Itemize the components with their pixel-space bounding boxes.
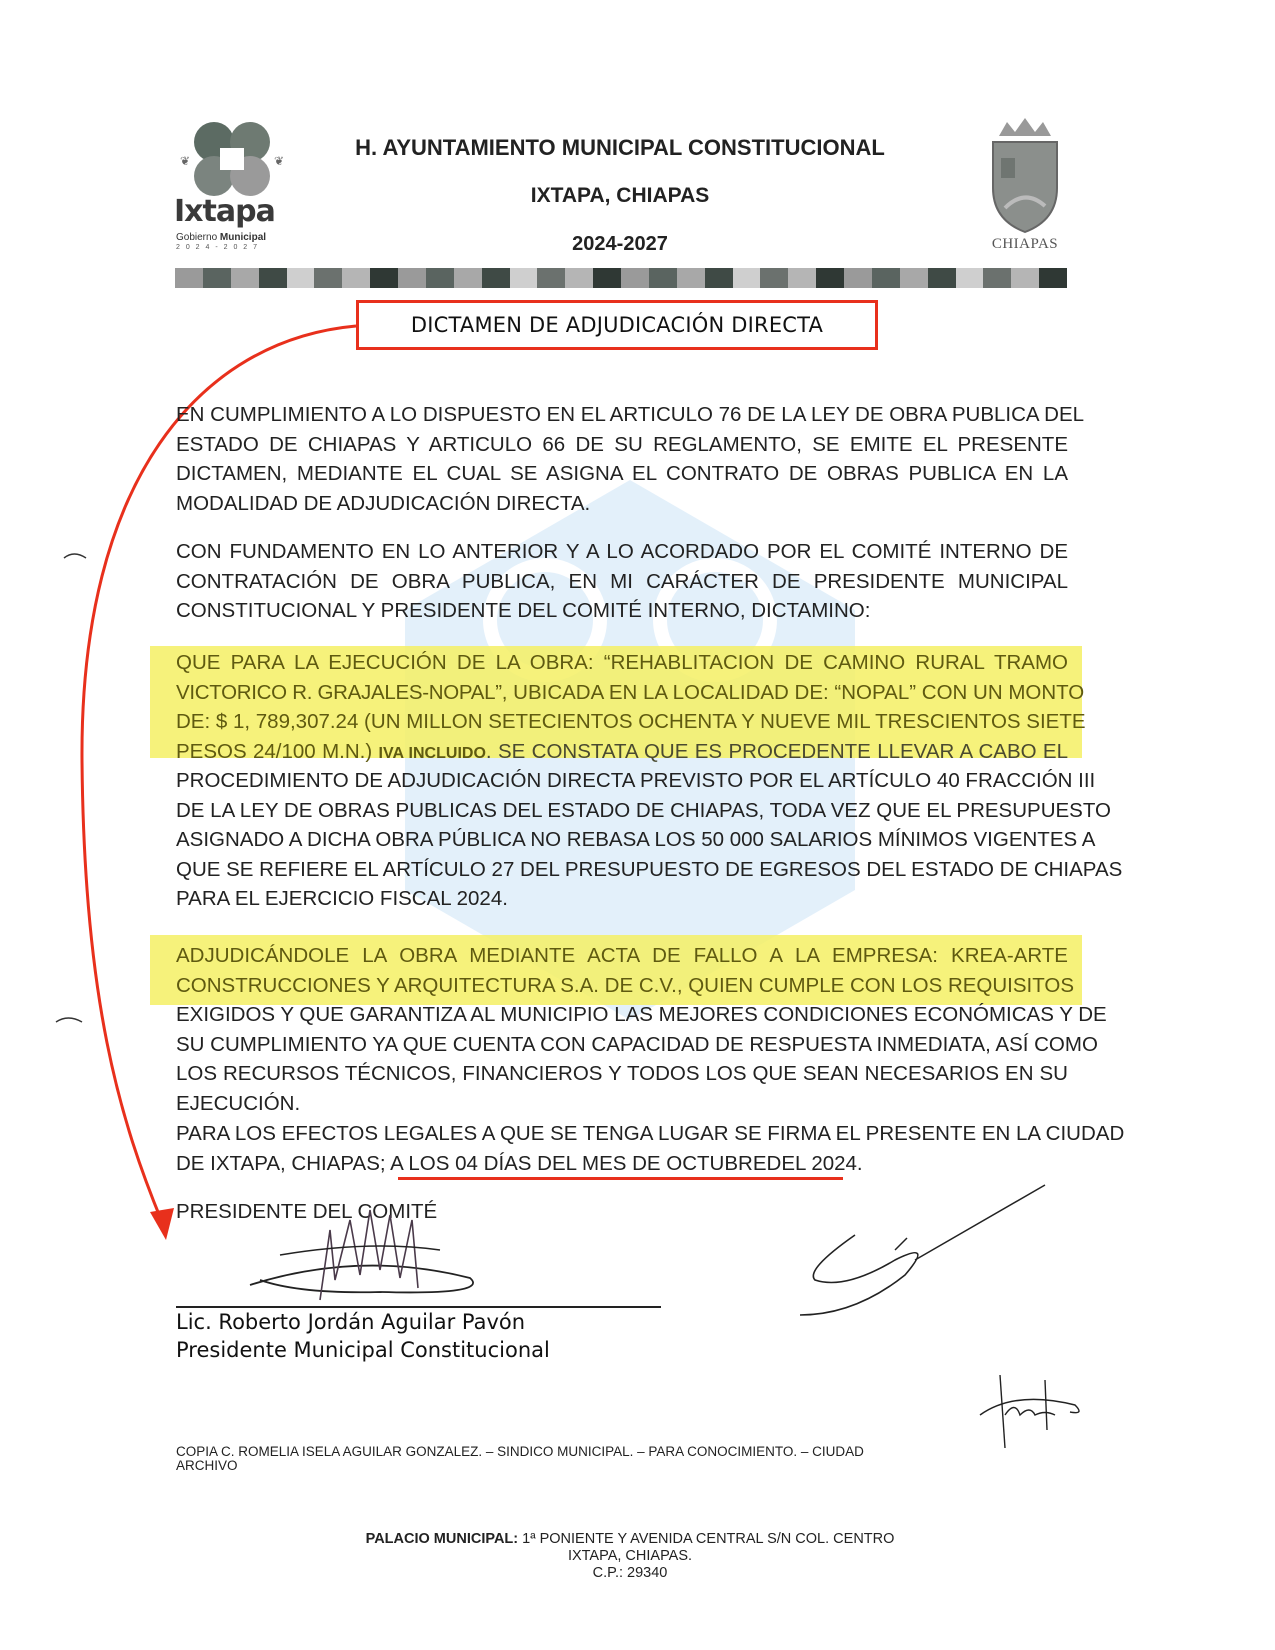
paragraph-committee: CON FUNDAMENTO EN LO ANTERIOR Y A LO ACO…	[176, 537, 1068, 626]
initials-signature-icon	[975, 1370, 1085, 1450]
paragraph-legal-basis: EN CUMPLIMIENTO A LO DISPUESTO EN EL ART…	[176, 400, 1068, 518]
signature-second-icon	[795, 1180, 1055, 1320]
contractor-name: KREA-ARTE	[951, 944, 1068, 967]
signature-president-icon	[240, 1200, 500, 1310]
paragraph-project: QUE PARA LA EJECUCIÓN DE LA OBRA: “REHAB…	[176, 648, 1068, 914]
date-underline-annotation	[398, 1177, 843, 1180]
footer-zip: C.P.: 29340	[300, 1565, 960, 1582]
signer-position: Presidente Municipal Constitucional	[176, 1338, 550, 1362]
signer-name: Lic. Roberto Jordán Aguilar Pavón	[176, 1310, 525, 1334]
contract-amount: $ 1, 789,307.24 (UN MILLON SETECIENTOS O…	[216, 710, 1086, 733]
copy-note-line-1: COPIA C. ROMELIA ISELA AGUILAR GONZALEZ.…	[176, 1444, 864, 1459]
footer-address: PALACIO MUNICIPAL: 1ª PONIENTE Y AVENIDA…	[300, 1531, 960, 1548]
paragraph-signing: PARA LOS EFECTOS LEGALES A QUE SE TENGA …	[176, 1119, 1068, 1178]
paragraph-contractor: ADJUDICÁNDOLE LA OBRA MEDIANTE ACTA DE F…	[176, 941, 1068, 1118]
signing-date: 04 DÍAS DEL MES DE OCTUBREDEL 2024.	[455, 1152, 863, 1175]
copy-note-line-2: ARCHIVO	[176, 1458, 238, 1473]
signature-line	[176, 1306, 661, 1308]
footer-city: IXTAPA, CHIAPAS.	[300, 1548, 960, 1565]
